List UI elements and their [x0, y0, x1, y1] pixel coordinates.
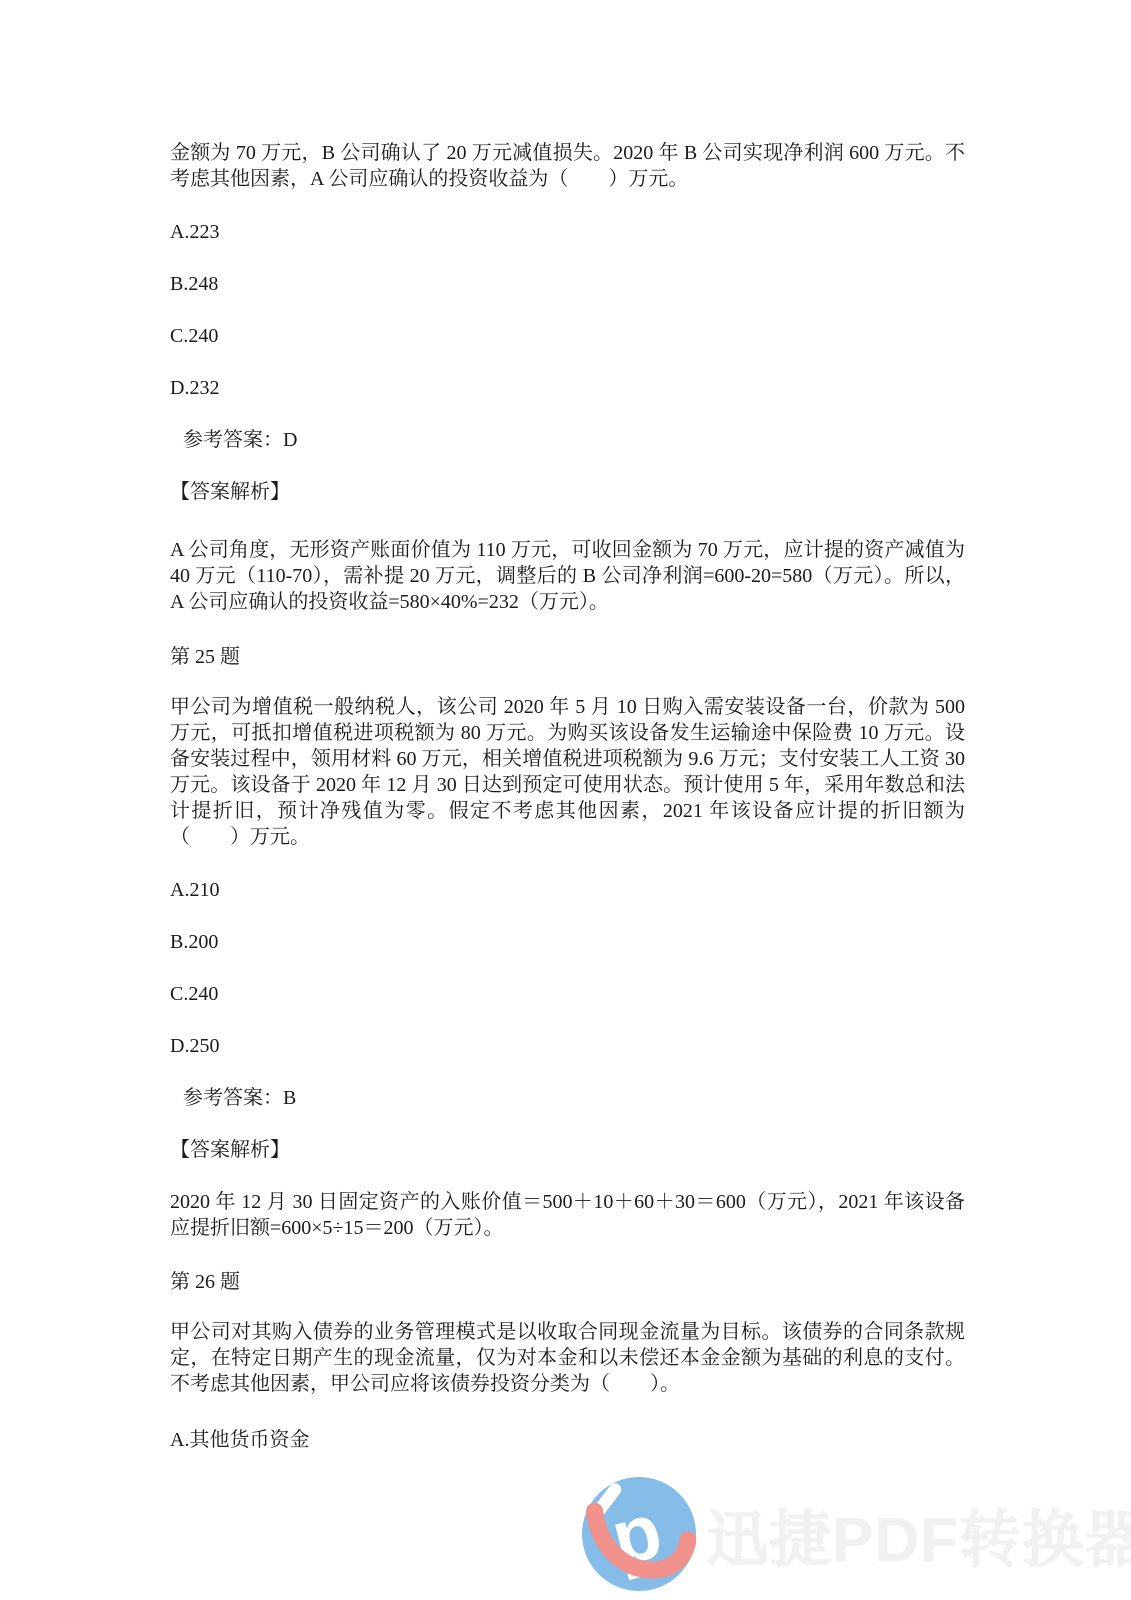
question-25-option-a: A.210: [170, 877, 965, 903]
question-25-analysis-heading: 【答案解析】: [170, 1137, 965, 1163]
question-26-option-a: A.其他货币资金: [170, 1427, 965, 1453]
question-24-option-d: D.232: [170, 375, 965, 401]
question-24-analysis-heading: 【答案解析】: [170, 479, 965, 505]
question-25-body: 甲公司为增值税一般纳税人，该公司 2020 年 5 月 10 日购入需安装设备一…: [170, 694, 965, 850]
question-25-heading: 第 25 题: [170, 644, 965, 670]
question-24-analysis: A 公司角度，无形资产账面价值为 110 万元，可收回金额为 70 万元，应计提…: [170, 537, 965, 615]
question-25-analysis: 2020 年 12 月 30 日固定资产的入账价值＝500＋10＋60＋30＝6…: [170, 1189, 965, 1241]
question-24-option-b: B.248: [170, 271, 965, 297]
pdf-converter-logo-icon: p: [582, 1477, 696, 1591]
question-24-option-c: C.240: [170, 323, 965, 349]
question-24-body: 金额为 70 万元，B 公司确认了 20 万元减值损失。2020 年 B 公司实…: [170, 140, 965, 192]
question-24-option-a: A.223: [170, 219, 965, 245]
question-26-heading: 第 26 题: [170, 1269, 965, 1295]
question-26-body: 甲公司对其购入债券的业务管理模式是以收取合同现金流量为目标。该债券的合同条款规定…: [170, 1319, 965, 1397]
watermark: p 迅捷PDF转换器: [582, 1477, 1131, 1591]
question-25-answer: 参考答案：B: [170, 1085, 965, 1111]
question-25-option-c: C.240: [170, 981, 965, 1007]
question-24-answer: 参考答案：D: [170, 427, 965, 453]
watermark-brand-text: 迅捷PDF转换器: [706, 1490, 1131, 1579]
document-page: 金额为 70 万元，B 公司确认了 20 万元减值损失。2020 年 B 公司实…: [170, 140, 965, 1453]
question-25-option-d: D.250: [170, 1033, 965, 1059]
question-25-option-b: B.200: [170, 929, 965, 955]
